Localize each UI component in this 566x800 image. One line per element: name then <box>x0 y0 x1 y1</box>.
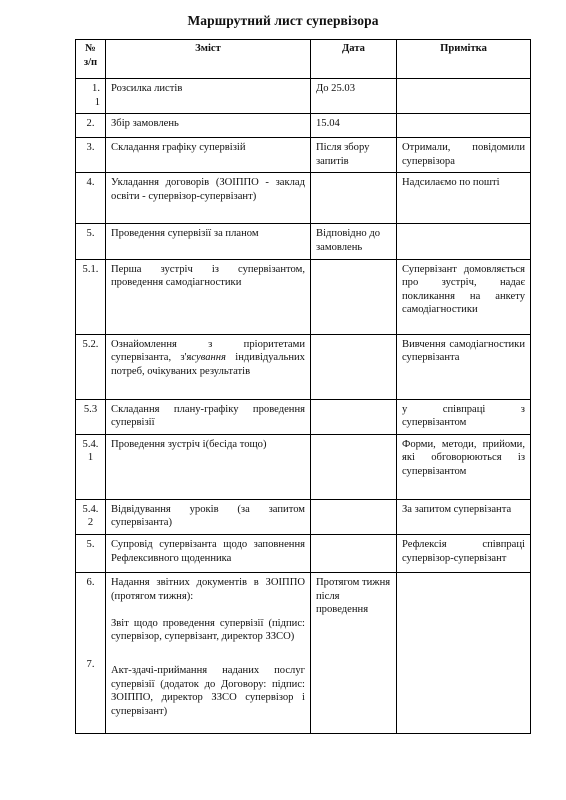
row-content: Ознайомлення з пріоритетами супервізанта… <box>106 334 311 399</box>
row-date <box>311 173 397 224</box>
header-note: Примітка <box>397 40 531 79</box>
table-row: 5.4. 1 Проведення зустріч і(бесіда тощо)… <box>76 434 531 499</box>
row-date <box>311 499 397 534</box>
table-row: 4. Укладання договорів (ЗОІППО - заклад … <box>76 173 531 224</box>
header-num-label: № з/п <box>84 43 97 68</box>
italic-fragment: сування <box>191 352 226 363</box>
row-date <box>311 334 397 399</box>
row-date: 15.04 <box>311 114 397 138</box>
row-content: Проведення зустріч і(бесіда тощо) <box>106 434 311 499</box>
row-note: у співпраці з супервізантом <box>397 399 531 434</box>
row-num: 6. 7. <box>76 572 106 733</box>
row-note: За запитом супервізанта <box>397 499 531 534</box>
content-paragraph: Звіт щодо проведення супервізії (підпис:… <box>111 617 305 644</box>
row-num-line: 6. <box>81 576 100 590</box>
row-date <box>311 434 397 499</box>
row-num: 1. 1 <box>76 79 106 114</box>
content-paragraph: Акт-здачі-приймання наданих послуг супер… <box>111 664 305 718</box>
row-num-line: 2 <box>81 516 100 530</box>
row-num: 5.4. 1 <box>76 434 106 499</box>
row-num-line: 1. <box>81 82 100 96</box>
row-content: Перша зустріч із супервізантом, проведен… <box>106 259 311 334</box>
table-row: 5.4. 2 Відвідування уроків (за запитом с… <box>76 499 531 534</box>
table-row: 5. Супровід супервізанта щодо заповнення… <box>76 534 531 572</box>
row-content: Збір замовлень <box>106 114 311 138</box>
row-note <box>397 572 531 733</box>
row-date: До 25.03 <box>311 79 397 114</box>
row-num-line: 5.4. <box>81 503 100 517</box>
row-num-line: 5.4. <box>81 438 100 452</box>
header-content: Зміст <box>106 40 311 79</box>
row-date: Після збору запитів <box>311 138 397 173</box>
table-header-row: № з/п Зміст Дата Примітка <box>76 40 531 79</box>
row-num: 3. <box>76 138 106 173</box>
row-num: 4. <box>76 173 106 224</box>
row-num-line: 7. <box>81 658 100 672</box>
row-note <box>397 114 531 138</box>
row-note: Форми, методи, прийоми, які обговорюютьс… <box>397 434 531 499</box>
row-num: 5. <box>76 224 106 259</box>
paragraph-gap <box>111 644 305 664</box>
content-paragraph: Надання звітних документів в ЗОІППО (про… <box>111 576 305 603</box>
row-content: Складання графіку супервізій <box>106 138 311 173</box>
row-note: Отримали, повідомили супервізора <box>397 138 531 173</box>
row-num: 5.2. <box>76 334 106 399</box>
table-row: 5. Проведення супервізії за планом Відпо… <box>76 224 531 259</box>
table-row: 5.1. Перша зустріч із супервізантом, про… <box>76 259 531 334</box>
page-title: Маршрутний лист супервізора <box>0 13 566 29</box>
row-content: Розсилка листів <box>106 79 311 114</box>
row-note <box>397 79 531 114</box>
table-row: 5.2. Ознайомлення з пріоритетами суперві… <box>76 334 531 399</box>
row-num-line: 1 <box>81 96 100 110</box>
row-note: Вивчення самодіагностики супервізанта <box>397 334 531 399</box>
row-num: 5.3 <box>76 399 106 434</box>
row-date <box>311 399 397 434</box>
row-num: 5. <box>76 534 106 572</box>
table-row: 6. 7. Надання звітних документів в ЗОІПП… <box>76 572 531 733</box>
row-date: Відповідно до замовлень <box>311 224 397 259</box>
header-note-label: Примітка <box>440 43 487 54</box>
row-content: Надання звітних документів в ЗОІППО (про… <box>106 572 311 733</box>
row-content: Відвідування уроків (за запитом супервіз… <box>106 499 311 534</box>
row-content: Укладання договорів (ЗОІППО - заклад осв… <box>106 173 311 224</box>
row-date <box>311 259 397 334</box>
header-date-label: Дата <box>342 43 365 54</box>
row-content: Проведення супервізії за планом <box>106 224 311 259</box>
row-num: 5.4. 2 <box>76 499 106 534</box>
row-num: 5.1. <box>76 259 106 334</box>
row-num-spacer <box>81 590 100 658</box>
table-row: 5.3 Складання плану-графіку проведення с… <box>76 399 531 434</box>
row-note <box>397 224 531 259</box>
table-row: 3. Складання графіку супервізій Після зб… <box>76 138 531 173</box>
row-num: 2. <box>76 114 106 138</box>
table-row: 1. 1 Розсилка листів До 25.03 <box>76 79 531 114</box>
row-content: Супровід супервізанта щодо заповнення Ре… <box>106 534 311 572</box>
row-note: Надсилаємо по пошті <box>397 173 531 224</box>
route-sheet-table: № з/п Зміст Дата Примітка 1. 1 Розсилка … <box>75 39 531 734</box>
row-note: Рефлексія співпраці супервізор-супервіза… <box>397 534 531 572</box>
table-row: 2. Збір замовлень 15.04 <box>76 114 531 138</box>
paragraph-gap <box>111 603 305 617</box>
header-num: № з/п <box>76 40 106 79</box>
row-num-line: 1 <box>81 451 100 465</box>
header-content-label: Зміст <box>195 43 221 54</box>
row-note: Супервізант домовляється про зустріч, на… <box>397 259 531 334</box>
row-date: Протягом тижня після проведення <box>311 572 397 733</box>
row-date <box>311 534 397 572</box>
row-content: Складання плану-графіку проведення супер… <box>106 399 311 434</box>
header-date: Дата <box>311 40 397 79</box>
